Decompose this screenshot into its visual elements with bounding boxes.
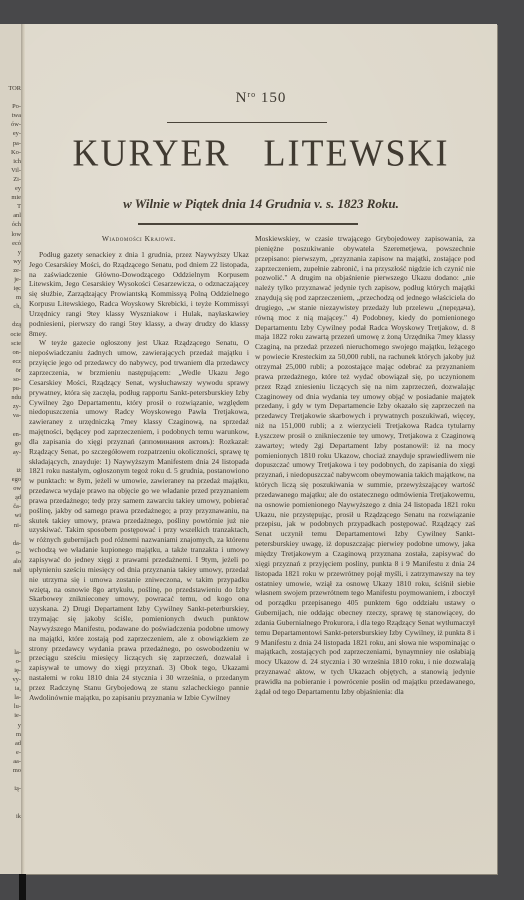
previous-page-line: ey-: [0, 129, 21, 138]
previous-page-line: [0, 593, 21, 602]
previous-page-line: y: [0, 248, 21, 257]
previous-page-line: ni-: [0, 521, 21, 530]
previous-page-line: ey: [0, 184, 21, 193]
previous-page-line: iż: [0, 466, 21, 475]
previous-page-line: vy-: [0, 675, 21, 684]
previous-page-line: Ko-: [0, 148, 21, 157]
previous-page-text: TOR Po-twaów-ey-pa-Ko-ichVil-Zi-eymieTan…: [0, 84, 21, 821]
previous-page-line: ecó: [0, 239, 21, 248]
previous-page-line: je-: [0, 275, 21, 284]
previous-page-line: la-: [0, 648, 21, 657]
previous-page-line: ich: [0, 157, 21, 166]
previous-page-line: pa-: [0, 139, 21, 148]
section-heading: Wiadomości Krajowe.: [29, 234, 249, 244]
previous-page-line: wi: [0, 511, 21, 520]
previous-page-line: ąd: [0, 493, 21, 502]
previous-page-line: ie-: [0, 711, 21, 720]
article-column-right: Moskiewskiey, w czasie trwającego Gryboj…: [255, 234, 475, 697]
previous-page-line: alo: [0, 557, 21, 566]
issue-number-sup: ro: [247, 90, 256, 99]
previous-page-line: mie: [0, 193, 21, 202]
previous-page-line: zy-: [0, 402, 21, 411]
previous-page-line: [0, 93, 21, 102]
previous-page-line: ią-: [0, 784, 21, 793]
previous-page-line: m: [0, 730, 21, 739]
previous-page-line: [0, 457, 21, 466]
previous-page-line: [0, 639, 21, 648]
previous-page-line: [0, 775, 21, 784]
previous-page-line: [0, 530, 21, 539]
issue-number: Nro 150: [25, 90, 497, 107]
previous-page-edge: TOR Po-twaów-ey-pa-Ko-ichVil-Zi-eymieTan…: [0, 24, 22, 874]
previous-page-line: ch,: [0, 302, 21, 311]
previous-page-line: Vil-: [0, 166, 21, 175]
previous-page-line: T: [0, 202, 21, 211]
article-column-left: Wiadomości Krajowe. Podług gazety senack…: [29, 234, 249, 703]
previous-page-line: [0, 575, 21, 584]
previous-page-line: twa: [0, 111, 21, 120]
previous-page-line: scie: [0, 339, 21, 348]
newspaper-page: Nro 150 KURYER LITEWSKI w Wilnie w Piąte…: [25, 24, 497, 874]
previous-page-line: [0, 420, 21, 429]
previous-page-line: ię-: [0, 666, 21, 675]
previous-page-line: [0, 311, 21, 320]
previous-page-line: ocie: [0, 330, 21, 339]
previous-page-line: ay-: [0, 448, 21, 457]
previous-page-line: ia,: [0, 684, 21, 693]
previous-page-line: go: [0, 439, 21, 448]
previous-page-line: anl: [0, 211, 21, 220]
previous-page-line: on-: [0, 348, 21, 357]
previous-page-line: aa-: [0, 757, 21, 766]
header-rule-bottom: [138, 223, 358, 225]
previous-page-line: e-: [0, 748, 21, 757]
previous-page-line: da-: [0, 539, 21, 548]
previous-page-line: y: [0, 721, 21, 730]
previous-page-line: [0, 611, 21, 620]
previous-page-line: low: [0, 230, 21, 239]
issue-number-prefix: N: [236, 90, 248, 106]
previous-page-line: va-: [0, 411, 21, 420]
previous-page-line: óch: [0, 220, 21, 229]
previous-page-line: [0, 584, 21, 593]
previous-page-line: TOR: [0, 84, 21, 93]
header-rule-top: [167, 122, 327, 123]
paragraph: Moskiewskiey, w czasie trwającego Gryboj…: [255, 234, 475, 697]
previous-page-line: o-: [0, 657, 21, 666]
previous-page-line: ecz: [0, 357, 21, 366]
previous-page-line: dzą: [0, 320, 21, 329]
previous-page-line: ör: [0, 366, 21, 375]
gutter-shadow: [19, 874, 26, 900]
previous-page-line: so-: [0, 375, 21, 384]
paragraph: W teyże gazecie ogłoszony jest Ukaz Rząd…: [29, 338, 249, 702]
issue-number-value: 150: [261, 90, 287, 106]
previous-page-line: ów-: [0, 120, 21, 129]
previous-page-line: [0, 793, 21, 802]
masthead-title: KURYER LITEWSKI: [25, 131, 497, 175]
previous-page-line: Po-: [0, 102, 21, 111]
previous-page-line: wy: [0, 257, 21, 266]
previous-page-line: ze-: [0, 266, 21, 275]
previous-page-line: Zi-: [0, 175, 21, 184]
paragraph: Podług gazety senackiey z dnia 1 grudnia…: [29, 250, 249, 339]
previous-page-line: ad: [0, 739, 21, 748]
previous-page-line: ik: [0, 812, 21, 821]
previous-page-line: ndu: [0, 393, 21, 402]
previous-page-line: [0, 602, 21, 611]
previous-page-line: [0, 621, 21, 630]
previous-page-line: en-: [0, 430, 21, 439]
dateline: w Wilnie w Piątek dnia 14 Grudnia v. s. …: [25, 196, 497, 212]
previous-page-line: ięc: [0, 284, 21, 293]
previous-page-line: o-: [0, 548, 21, 557]
previous-page-line: ča-: [0, 502, 21, 511]
previous-page-line: mo: [0, 766, 21, 775]
previous-page-line: nał: [0, 566, 21, 575]
previous-page-line: [0, 802, 21, 811]
previous-page-line: [0, 630, 21, 639]
previous-page-line: m: [0, 293, 21, 302]
previous-page-line: pu-: [0, 384, 21, 393]
previous-page-line: ow: [0, 484, 21, 493]
previous-page-line: ego: [0, 475, 21, 484]
previous-page-line: la-: [0, 693, 21, 702]
previous-page-line: lu-: [0, 702, 21, 711]
